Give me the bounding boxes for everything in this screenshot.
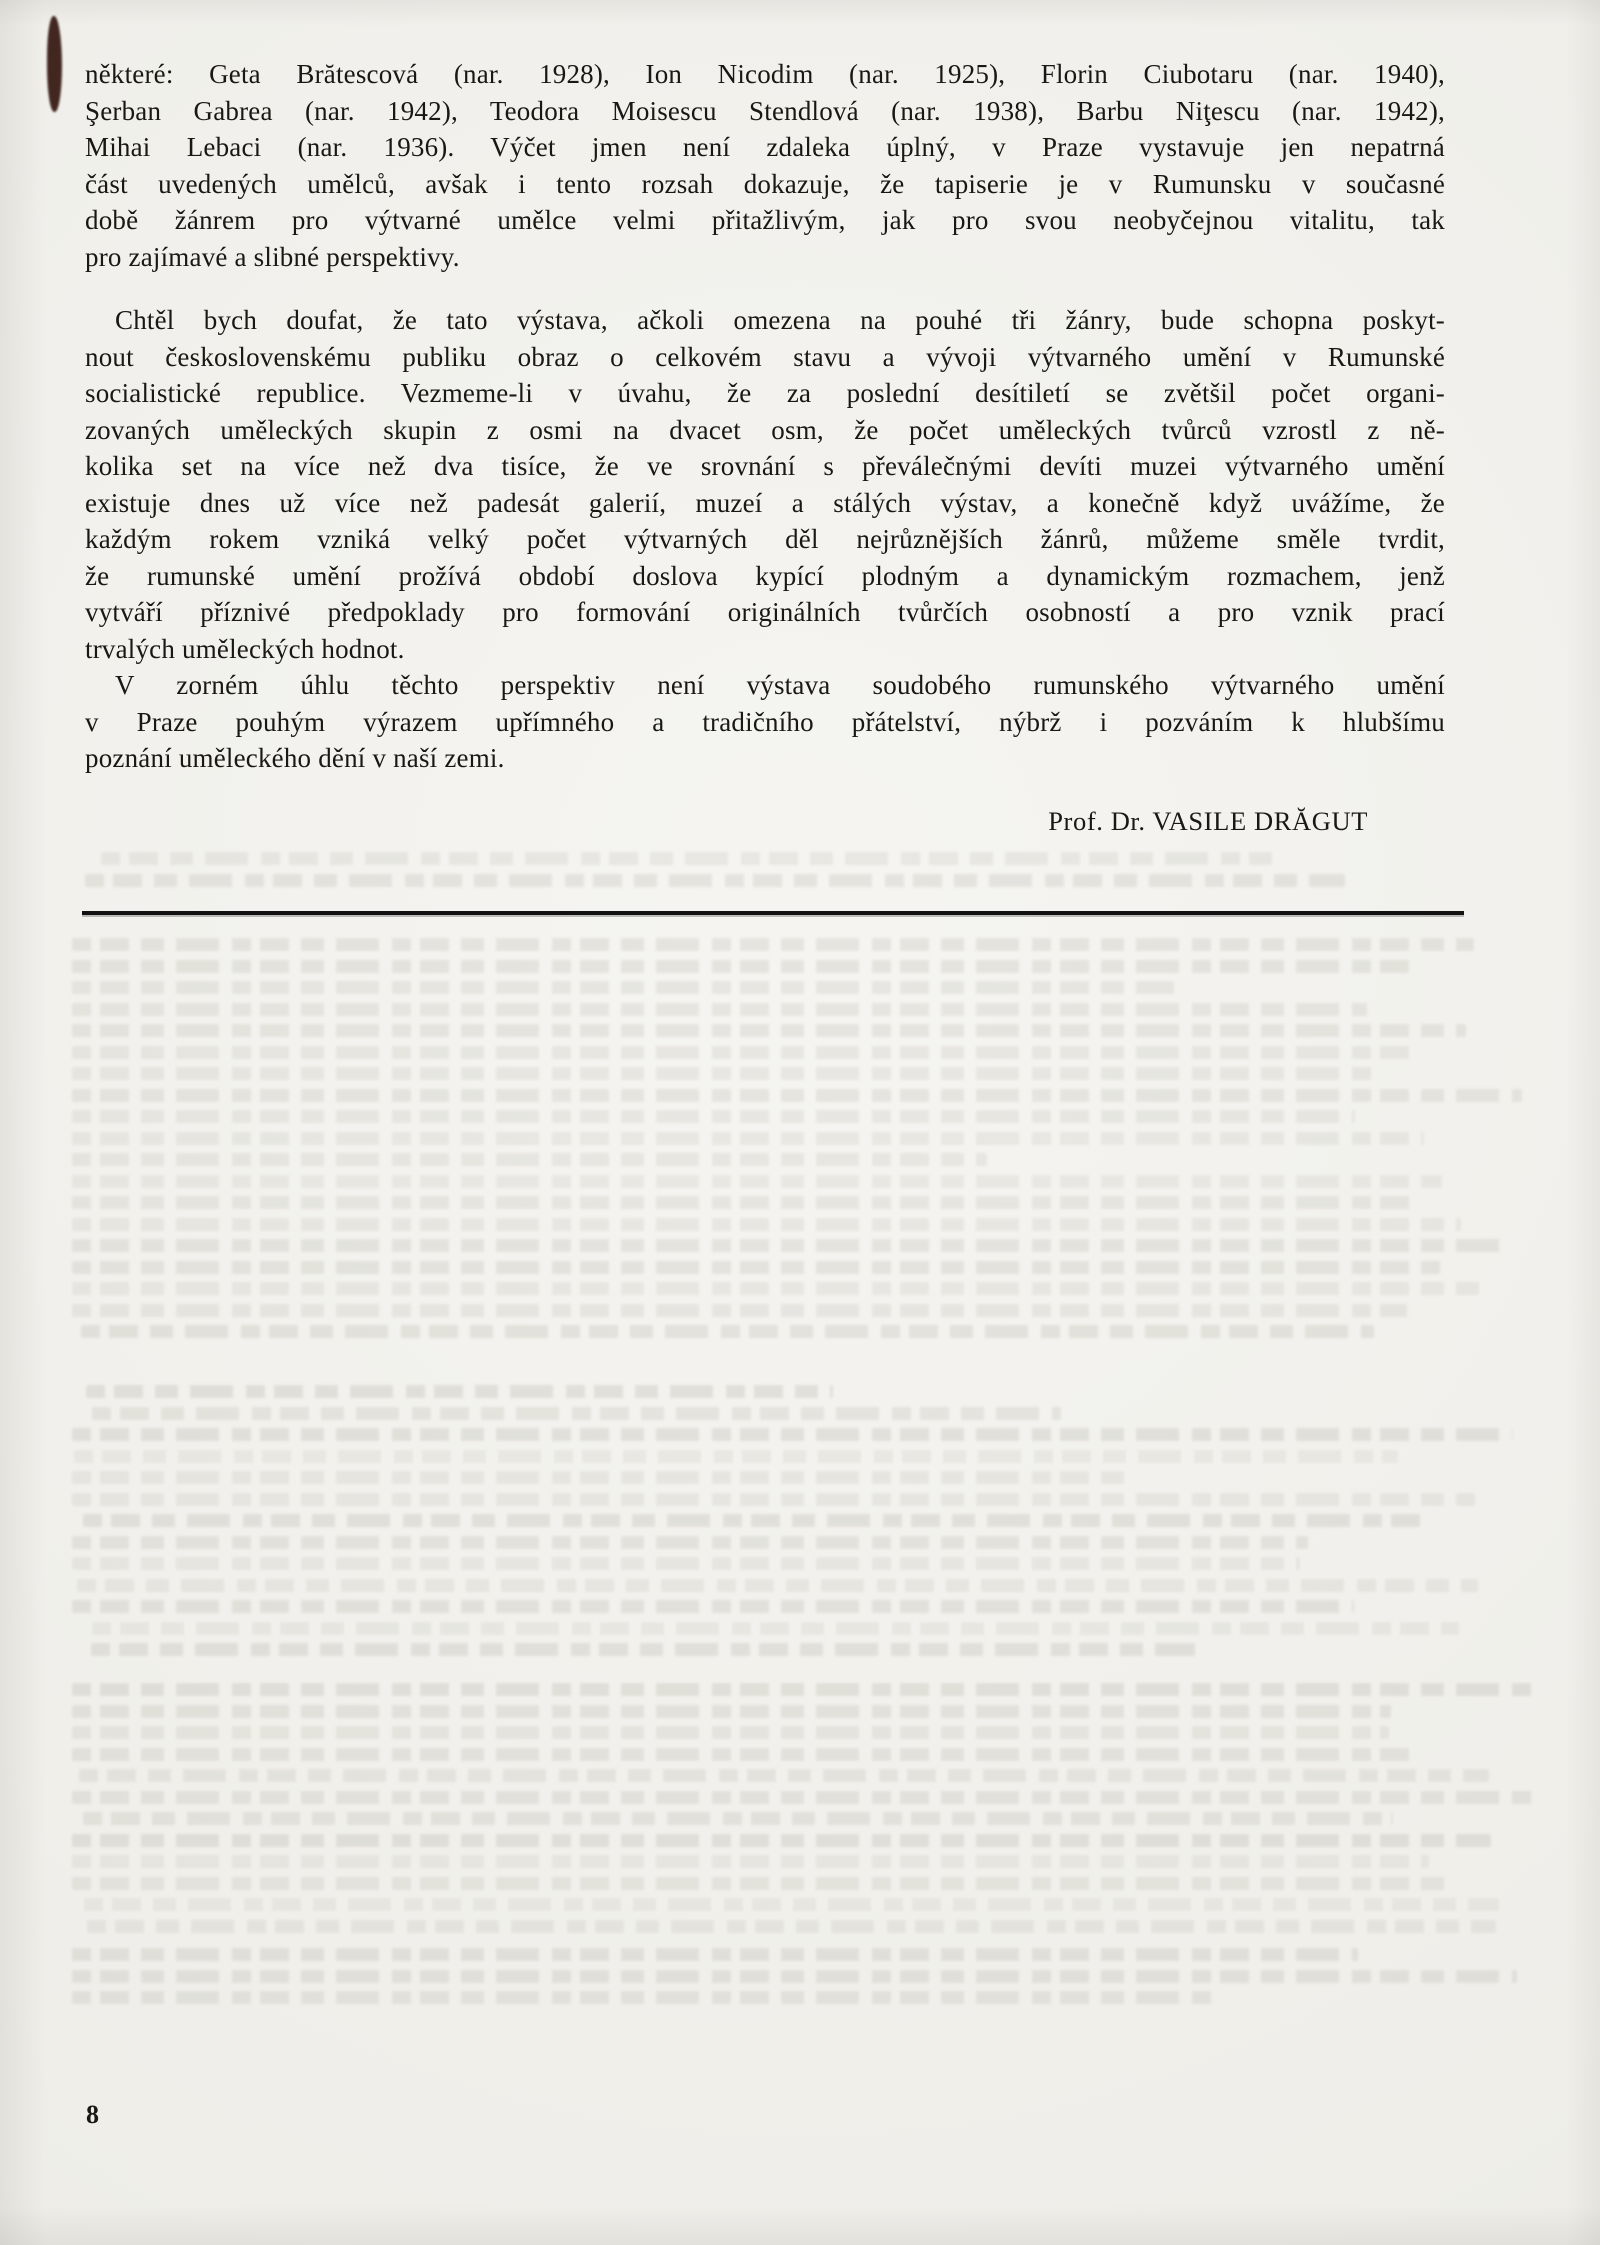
bleedthrough-line (72, 1132, 1424, 1145)
text-line: Chtěl bych doufat, že tato výstava, ačko… (85, 302, 1445, 339)
bleedthrough-line (72, 1877, 1451, 1890)
text-line: socialistické republice. Vezmeme-li v úv… (85, 375, 1445, 412)
bleedthrough-line (72, 1003, 1367, 1016)
bleedthrough-line (72, 1428, 1513, 1441)
bleedthrough-line (72, 960, 1415, 973)
page-number: 8 (86, 2100, 100, 2130)
text-line: nout československému publiku obraz o ce… (85, 339, 1445, 376)
bleedthrough-line (72, 1196, 1413, 1209)
scan-artifact-mark (47, 16, 62, 112)
text-line: některé: Geta Brătescová (nar. 1928), Io… (85, 56, 1445, 93)
bleedthrough-line (91, 1643, 1195, 1656)
text-line: Şerban Gabrea (nar. 1942), Teodora Moise… (85, 93, 1445, 130)
bleedthrough-line (72, 1600, 1354, 1613)
text-line: v Praze pouhým výrazem upřímného a tradi… (85, 704, 1445, 741)
text-line: poznání uměleckého dění v naší zemi. (85, 740, 1445, 777)
author-signature: Prof. Dr. VASILE DRĂGUT (1048, 806, 1368, 837)
bleedthrough-line (72, 1970, 1517, 1983)
bleedthrough-block (72, 938, 1534, 1347)
bleedthrough-line (92, 1407, 1061, 1420)
bleedthrough-line (72, 1304, 1407, 1317)
bleedthrough-line (72, 1239, 1508, 1252)
bleedthrough-line (72, 1261, 1440, 1274)
bleedthrough-line (72, 1493, 1475, 1506)
bleedthrough-line (72, 1948, 1358, 1961)
bleedthrough-line (72, 1834, 1491, 1847)
text-line: existuje dnes už více než padesát galeri… (85, 485, 1445, 522)
paragraph: Chtěl bych doufat, že tato výstava, ačko… (85, 302, 1445, 667)
bleedthrough-line (72, 981, 1174, 994)
bleedthrough-block (72, 1385, 1534, 1665)
text-line: každým rokem vzniká velký počet výtvarný… (85, 521, 1445, 558)
bleedthrough-line (72, 1683, 1533, 1696)
bleedthrough-line (86, 1385, 833, 1398)
bleedthrough-line (72, 1153, 987, 1166)
bleedthrough-line (72, 1471, 1134, 1484)
text-line: že rumunské umění prožívá období doslova… (85, 558, 1445, 595)
bleedthrough-line (72, 1748, 1411, 1761)
bleedthrough-line (77, 1579, 1478, 1592)
text-line: část uvedených umělců, avšak i tento roz… (85, 166, 1445, 203)
bleedthrough-line (72, 1175, 1442, 1188)
bleedthrough-line (72, 1855, 1429, 1868)
paragraph: V zorném úhlu těchto perspektiv není výs… (85, 667, 1445, 777)
bleedthrough-line (72, 1218, 1461, 1231)
bleedthrough-line (83, 1812, 1393, 1825)
bleedthrough-line (72, 1536, 1308, 1549)
text-line: době žánrem pro výtvarné umělce velmi př… (85, 202, 1445, 239)
text-line: pro zajímavé a slibné perspektivy. (85, 239, 1445, 276)
text-line: zovaných uměleckých skupin z osmi na dva… (85, 412, 1445, 449)
bleedthrough-line (81, 1325, 1374, 1338)
bleedthrough-line (92, 1622, 1459, 1635)
text-line: vytváří příznivé předpoklady pro formová… (85, 594, 1445, 631)
bleedthrough-line (85, 874, 1345, 887)
bleedthrough-line (72, 1705, 1391, 1718)
bleedthrough-line (74, 1450, 1398, 1463)
bleedthrough-block (72, 1948, 1534, 2013)
section-divider-rule (82, 911, 1464, 915)
text-line: trvalých uměleckých hodnot. (85, 631, 1445, 668)
bleedthrough-line (87, 1920, 1496, 1933)
bleedthrough-line (72, 1991, 1219, 2004)
bleedthrough-line (84, 1898, 1499, 1911)
bleedthrough-line (72, 1110, 1355, 1123)
bleedthrough-line (72, 1089, 1522, 1102)
text-line: Mihai Lebaci (nar. 1936). Výčet jmen nen… (85, 129, 1445, 166)
text-line: kolika set na více než dva tisíce, že ve… (85, 448, 1445, 485)
paragraph: některé: Geta Brătescová (nar. 1928), Io… (85, 56, 1445, 275)
bleedthrough-line (72, 1557, 1300, 1570)
bleedthrough-block (72, 1683, 1534, 1941)
text-line: V zorném úhlu těchto perspektiv není výs… (85, 667, 1445, 704)
bleedthrough-block (85, 852, 1465, 895)
article-body: některé: Geta Brătescová (nar. 1928), Io… (85, 56, 1445, 777)
bleedthrough-line (72, 938, 1474, 951)
scanned-document-page: některé: Geta Brătescová (nar. 1928), Io… (0, 0, 1600, 2245)
bleedthrough-line (101, 852, 1272, 865)
bleedthrough-line (72, 1791, 1533, 1804)
bleedthrough-line (79, 1769, 1489, 1782)
bleedthrough-line (72, 1726, 1389, 1739)
bleedthrough-line (72, 1282, 1479, 1295)
bleedthrough-line (83, 1514, 1426, 1527)
bleedthrough-line (72, 1046, 1415, 1059)
bleedthrough-line (72, 1024, 1466, 1037)
bleedthrough-line (72, 1067, 1373, 1080)
